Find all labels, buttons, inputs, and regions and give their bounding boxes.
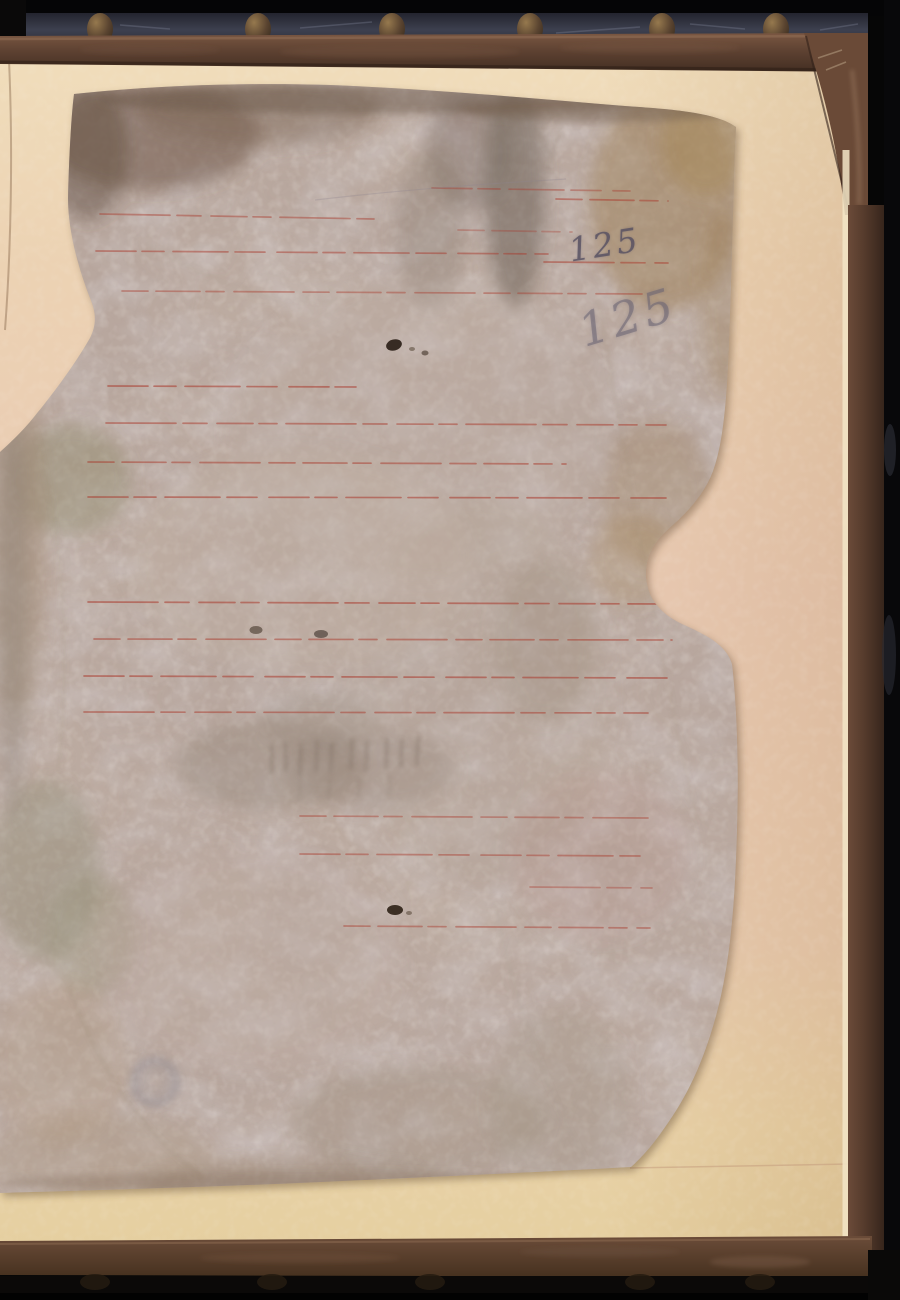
ruled-line <box>108 386 356 387</box>
ruled-line <box>88 497 666 498</box>
ink-blot <box>314 630 328 638</box>
binding-bottom-edge <box>0 1274 900 1300</box>
brass-stud-icon <box>257 1274 287 1290</box>
brass-stud-icon <box>415 1274 445 1290</box>
corner-black <box>868 1250 900 1300</box>
ink-blot <box>409 347 415 351</box>
ink-blot <box>422 351 429 356</box>
photo-canvas <box>0 0 900 1300</box>
brass-stud-icon <box>745 1274 775 1290</box>
leather-right-band <box>848 205 886 1252</box>
manuscript-photo: 125 125 <box>0 0 900 1300</box>
ink-blot <box>387 905 403 915</box>
brass-stud-icon <box>625 1274 655 1290</box>
photo-black-corner-topleft <box>0 0 26 36</box>
photo-black-margin-bottom <box>0 1293 900 1300</box>
ink-blot <box>406 911 412 915</box>
parchment-leaf <box>0 70 751 1210</box>
ink-blot <box>250 626 263 634</box>
margin-glint <box>882 615 896 695</box>
margin-glint <box>884 424 896 476</box>
brass-stud-icon <box>80 1274 110 1290</box>
